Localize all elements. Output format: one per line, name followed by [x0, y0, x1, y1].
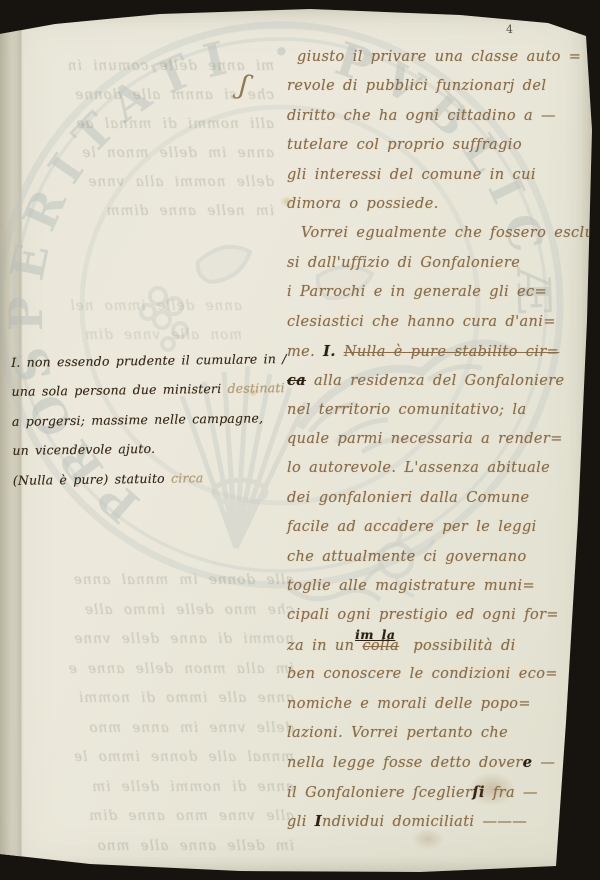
- bleedthrough-text-bottom: alle donne im mnnal anneche mno delle im…: [2, 566, 294, 861]
- bleedthrough-text-middle: anne delle immo nelmon alle vnne dim: [2, 292, 242, 350]
- manuscript-line: giusto il privare una classe auto =: [287, 43, 592, 72]
- bleedthrough-line: anne im delle mnon le: [6, 139, 274, 168]
- manuscript-line: lazioni. Vorrei pertanto che: [287, 719, 592, 748]
- page-number: 4: [506, 23, 513, 36]
- manuscript-line: clesiastici che hanno cura d'ani=: [287, 308, 592, 337]
- manuscript-line: diritto che ha ogni cittadino a —: [287, 102, 592, 131]
- bleedthrough-line: anne di nommi delle im: [2, 773, 294, 803]
- manuscript-line: lo autorevole. L'assenza abituale: [287, 454, 592, 483]
- bleedthrough-line: alli nommi di mnnal ae: [6, 110, 274, 139]
- manuscript-line: dimora o possiede.: [287, 190, 592, 219]
- bleedthrough-line: mi anne delle comuni in: [6, 52, 274, 81]
- manuscript-line: ben conoscere le condizioni eco=: [287, 660, 592, 689]
- margin-annotation: I. non essendo prudente il cumulare in /…: [11, 346, 281, 497]
- manuscript-line: facile ad accadere per le leggi: [287, 513, 592, 542]
- manuscript-text: giusto il privare una classe auto =revol…: [287, 43, 592, 837]
- bleedthrough-text-top: mi anne delle comuni inche si annm alle …: [6, 52, 274, 226]
- bleedthrough-line: im alla mnon delle anne e: [2, 655, 294, 685]
- manuscript-line: i Parrochi e in generale gli ec=: [287, 278, 592, 307]
- manuscript-line: quale parmi necessaria a render=: [287, 425, 592, 454]
- margin-note-line: una sola persona due ministeri destinati: [11, 376, 279, 409]
- manuscript-line: nomiche e morali delle popo=: [287, 690, 592, 719]
- manuscript-line: tutelare col proprio suffragio: [287, 131, 592, 160]
- bleedthrough-line: che si annm alle donne: [6, 81, 274, 110]
- margin-note-line: a porgersi; massime nelle campagne,: [12, 405, 280, 438]
- bleedthrough-line: anne alle immo di nommi: [2, 684, 294, 714]
- manuscript-line: nel territorio comunitativo; la: [287, 396, 592, 425]
- manuscript-line: nella legge fosse detto dovere —: [287, 748, 592, 777]
- bleedthrough-line: im delle anne alle mno: [2, 832, 294, 862]
- manuscript-line: il Gonfaloniere ſceglierſi fra —: [287, 778, 592, 807]
- bleedthrough-line: im nelle anne dimm: [6, 197, 274, 226]
- bleedthrough-line: alle vnne mno anne dim: [2, 802, 294, 832]
- bleedthrough-line: mnnal alle donne immo le: [2, 743, 294, 773]
- manuscript-line: cipali ogni prestigio ed ogni for=: [287, 601, 592, 630]
- manuscript-line: gli Individui domiciliati ———: [287, 807, 592, 836]
- margin-note-line: un vicendevole ajuto.: [12, 434, 280, 467]
- bleedthrough-line: delle nommi alla vnne: [6, 168, 274, 197]
- manuscript-line: dei gonfalonieri dalla Comune: [287, 484, 592, 513]
- bleedthrough-line: alle donne im mnnal anne: [2, 566, 294, 596]
- manuscript-line: si dall'uffizio di Gonfaloniere: [287, 249, 592, 278]
- bleedthrough-line: mon alle vnne dim: [2, 321, 242, 350]
- bleedthrough-line: delle vnne im anne mno: [2, 714, 294, 744]
- manuscript-line: Vorrei egualmente che fossero esclu=: [287, 219, 592, 248]
- manuscript-line: gli interessi del comune in cui: [287, 161, 592, 190]
- bleedthrough-line: che mno delle immo alle: [2, 596, 294, 626]
- bleedthrough-line: nommi di anne delle vnne: [2, 625, 294, 655]
- scanned-manuscript: PROSPERITATI · PVBLICÆ: [0, 0, 600, 880]
- margin-note-line: I. non essendo prudente il cumulare in /: [11, 346, 279, 379]
- manuscript-line: za in un collaim la possibilità di: [287, 631, 592, 660]
- manuscript-line: che attualmente ci governano: [287, 543, 592, 572]
- manuscript-page: PROSPERITATI · PVBLICÆ: [0, 0, 600, 880]
- manuscript-line: me. I. Nulla è pure stabilito cir=: [287, 337, 592, 366]
- manuscript-line: revole di pubblici funzionarj del: [287, 72, 592, 101]
- manuscript-line: toglie alle magistrature muni=: [287, 572, 592, 601]
- bleedthrough-line: anne delle immo nel: [2, 292, 242, 321]
- manuscript-line: ca alla residenza del Gonfaloniere: [287, 366, 592, 395]
- margin-note-line: (Nulla è pure) statuito circa: [13, 464, 281, 497]
